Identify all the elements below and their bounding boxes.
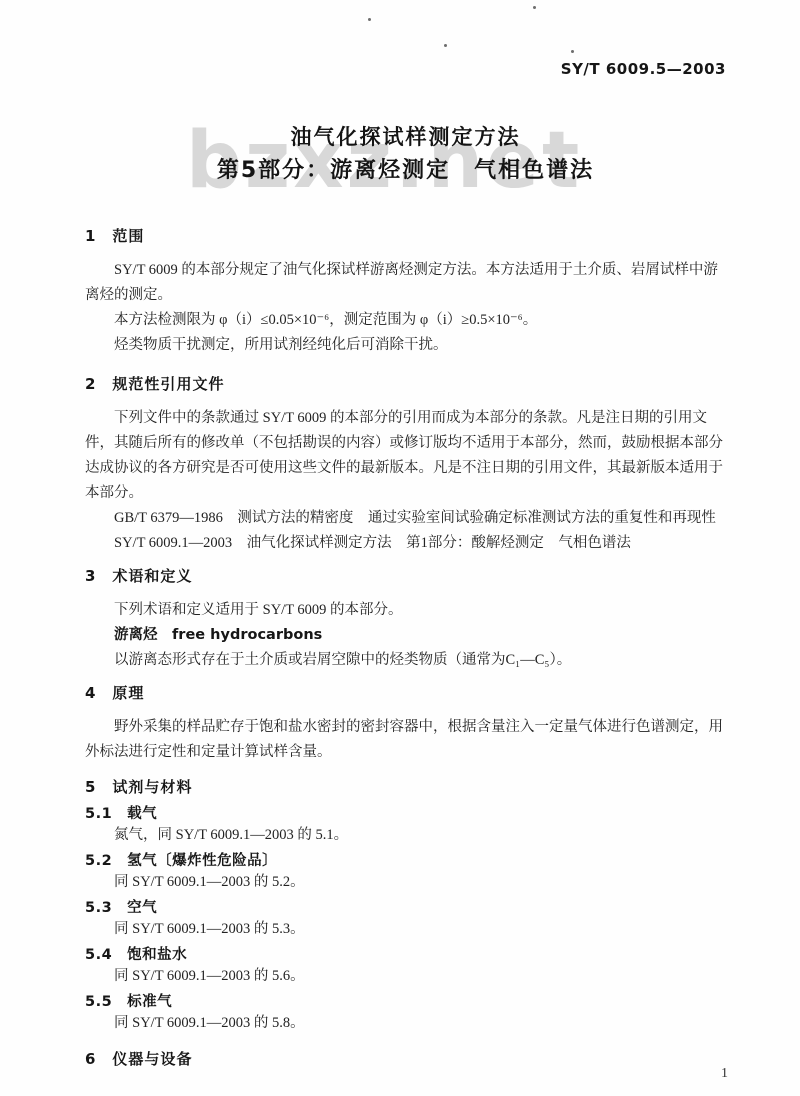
scan-speck	[444, 44, 447, 47]
section-heading-scope: 1 范围	[85, 228, 726, 245]
subsection-body-brine: 同 SY/T 6009.1—2003 的 5.6。	[85, 964, 726, 988]
document-title-line1: 油气化探试样测定方法	[85, 122, 726, 152]
section-heading-reagents: 5 试剂与材料	[85, 779, 726, 796]
scan-speck	[368, 18, 371, 21]
title-block: 油气化探试样测定方法 第5部分：游离烃测定 气相色谱法	[85, 122, 726, 186]
subsection-body-carrier-gas: 氮气，同 SY/T 6009.1—2003 的 5.1。	[85, 823, 726, 847]
section-heading-instruments: 6 仪器与设备	[85, 1051, 726, 1068]
section-heading-terms: 3 术语和定义	[85, 568, 726, 585]
subsection-heading-hydrogen: 5.2 氢气〔爆炸性危险品〕	[85, 853, 726, 870]
scan-speck	[533, 6, 536, 9]
subsection-heading-brine: 5.4 饱和盐水	[85, 947, 726, 964]
page-number: 1	[721, 1066, 728, 1082]
section-heading-references: 2 规范性引用文件	[85, 376, 726, 393]
scope-paragraph-2: 本方法检测限为 φ（i）≤0.05×10⁻⁶，测定范围为 φ（i）≥0.5×10…	[85, 308, 726, 333]
subsection-body-air: 同 SY/T 6009.1—2003 的 5.3。	[85, 917, 726, 941]
standard-code: SY/T 6009.5—2003	[85, 60, 726, 78]
subsection-body-hydrogen: 同 SY/T 6009.1—2003 的 5.2。	[85, 870, 726, 894]
references-paragraph: 下列文件中的条款通过 SY/T 6009 的本部分的引用而成为本部分的条款。凡是…	[85, 406, 726, 506]
scope-paragraph-3: 烃类物质干扰测定，所用试剂经纯化后可消除干扰。	[85, 333, 726, 358]
scan-speck	[571, 50, 574, 53]
subsection-heading-standard-gas: 5.5 标准气	[85, 994, 726, 1011]
subsection-heading-air: 5.3 空气	[85, 900, 726, 917]
section-heading-principle: 4 原理	[85, 685, 726, 702]
principle-paragraph: 野外采集的样品贮存于饱和盐水密封的密封容器中，根据含量注入一定量气体进行色谱测定…	[85, 715, 726, 765]
document-title-line2: 第5部分：游离烃测定 气相色谱法	[85, 156, 726, 186]
subsection-heading-carrier-gas: 5.1 载气	[85, 806, 726, 823]
term-definition: 以游离态形式存在于土介质或岩屑空隙中的烃类物质（通常为C₁—C₅）。	[85, 648, 726, 673]
document-content: SY/T 6009.5—2003 油气化探试样测定方法 第5部分：游离烃测定 气…	[85, 60, 726, 1068]
terms-intro: 下列术语和定义适用于 SY/T 6009 的本部分。	[85, 598, 726, 623]
term-entry: 游离烃 free hydrocarbons	[85, 623, 726, 648]
reference-item-1: GB/T 6379—1986 测试方法的精密度 通过实验室间试验确定标准测试方法…	[85, 506, 726, 531]
reference-item-2: SY/T 6009.1—2003 油气化探试样测定方法 第1部分：酸解烃测定 气…	[85, 531, 726, 556]
document-page: bzxz.net SY/T 6009.5—2003 油气化探试样测定方法 第5部…	[0, 0, 800, 1096]
subsection-body-standard-gas: 同 SY/T 6009.1—2003 的 5.8。	[85, 1011, 726, 1035]
scope-paragraph-1: SY/T 6009 的本部分规定了油气化探试样游离烃测定方法。本方法适用于土介质…	[85, 258, 726, 308]
